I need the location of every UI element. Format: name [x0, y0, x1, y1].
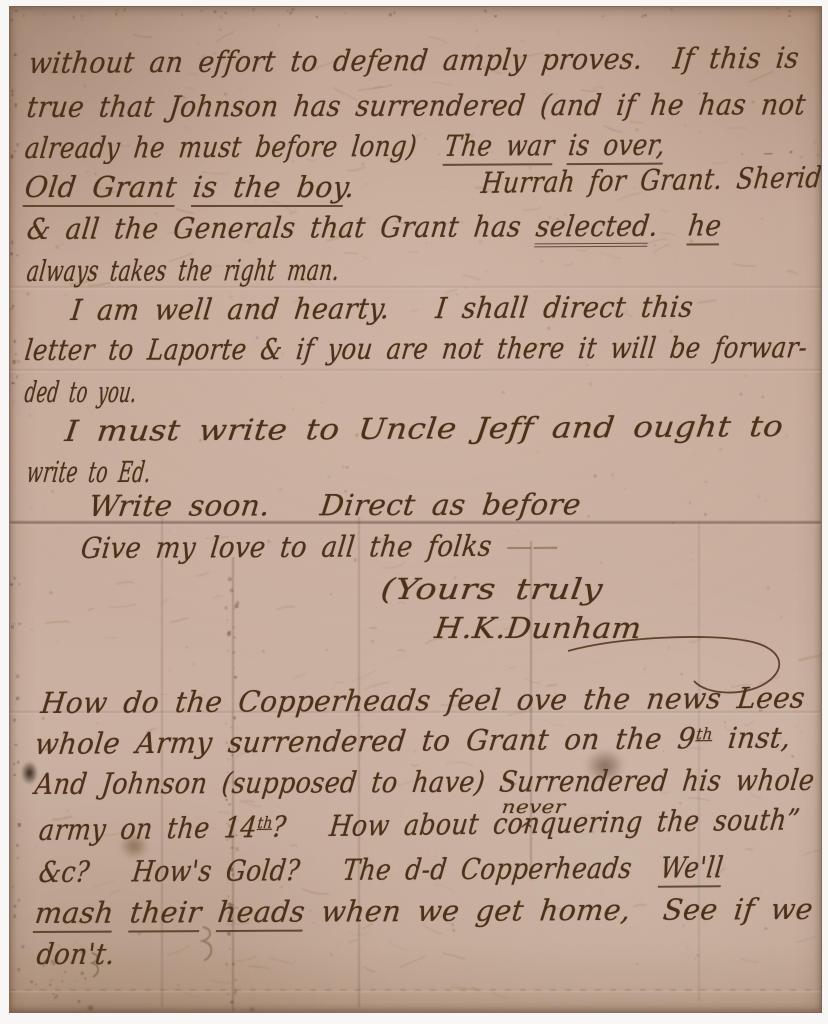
- letter-line: already he must before long) The war is …: [23, 129, 667, 166]
- letter-word-segment: already he must before long): [23, 129, 447, 165]
- letter-line: army on the 14th? How about conquering t…: [37, 803, 801, 847]
- letter-word-segment: .: [648, 209, 691, 243]
- letter-line: letter to Laporte & if you are not there…: [23, 331, 809, 367]
- letter-line: write to Ed.: [25, 456, 153, 489]
- letter-word-segment: their: [128, 895, 204, 932]
- letter-text: without an effort to defend amply proves…: [10, 7, 821, 1012]
- letter-word-segment: ? How about conquering the south”: [270, 802, 801, 843]
- letter-word-segment: whole Army surrendered to Grant on the 9: [33, 721, 697, 761]
- letter-word-segment: don't.: [35, 937, 117, 971]
- letter-line: whole Army surrendered to Grant on the 9…: [33, 721, 792, 761]
- letter-line: mash their heads when we get home, See i…: [33, 893, 815, 930]
- letter-line: don't.: [35, 938, 117, 971]
- letter-word-segment: Give my love to all the folks: [79, 529, 494, 565]
- letter-word-segment: letter to Laporte & if you are not there…: [23, 330, 809, 367]
- letter-word-segment: write to Ed.: [25, 455, 153, 489]
- letter-word-segment: is the boy: [191, 170, 348, 207]
- letter-word-segment: &c? How's Gold? The d-d Copperheads: [37, 851, 662, 889]
- letter-word-segment: mash: [33, 896, 116, 933]
- photo-background: without an effort to defend amply proves…: [0, 0, 828, 1024]
- letter-word-segment: without an effort to defend amply proves…: [27, 41, 801, 80]
- letter-word-segment: army on the 14: [37, 810, 259, 847]
- letter-line: I am well and hearty. I shall direct thi…: [69, 291, 695, 328]
- letter-word-segment: I am well and hearty. I shall direct thi…: [69, 290, 695, 327]
- letter-word-segment: heads: [216, 895, 308, 932]
- letter-word-segment: when we get home, See if we: [303, 892, 815, 929]
- letter-line: true that Johnson has surrendered (and i…: [25, 88, 808, 124]
- letter-word-segment: always takes the right man.: [25, 253, 342, 288]
- letter-line: &c? How's Gold? The d-d Copperheads We'l…: [37, 851, 725, 889]
- letter-word-segment: I must write to Uncle Jeff and ought to: [63, 409, 785, 448]
- signature-flourish-icon: [556, 623, 806, 715]
- letter-word-segment: ded to you.: [23, 375, 139, 409]
- letter-line: Old Grant is the boy.: [23, 171, 357, 204]
- letter-word-segment: true that Johnson has surrendered (and i…: [25, 87, 808, 124]
- letter-word-segment: he: [686, 208, 724, 245]
- letter-word-segment: selected: [534, 209, 652, 248]
- letter-line: always takes the right man.: [25, 254, 341, 288]
- letter-word-segment: And Johnson (supposed to have) Surrender…: [33, 763, 816, 801]
- letter-line: without an effort to defend amply proves…: [27, 42, 801, 81]
- letter-word-segment: Hurrah for Grant. Sheridan: [480, 160, 822, 201]
- letter-word-segment: & all the Generals that Grant has: [25, 209, 538, 246]
- letter-line: ded to you.: [23, 376, 139, 409]
- letter-line: & all the Generals that Grant has select…: [25, 209, 723, 246]
- letter-word-segment: inst,: [710, 720, 792, 755]
- letter-word-segment: Old Grant: [23, 170, 179, 207]
- letter-word-segment: We'll: [658, 850, 725, 887]
- letter-line: Write soon. Direct as before: [87, 488, 583, 523]
- letter-word-segment: (Yours truly: [379, 572, 605, 606]
- letter-line: And Johnson (supposed to have) Surrender…: [33, 764, 816, 801]
- letter-word-segment: is over,: [566, 128, 667, 166]
- letter-line: Hurrah for Grant. Sheridan: [479, 161, 822, 201]
- letter-paper: without an effort to defend amply proves…: [9, 6, 822, 1013]
- letter-word-segment: The war: [443, 128, 557, 166]
- letter-word-segment: ——: [490, 528, 561, 562]
- letter-line: (Yours truly: [379, 573, 605, 606]
- letter-word-segment: Write soon. Direct as before: [87, 487, 583, 523]
- letter-line: Give my love to all the folks ——: [79, 529, 561, 565]
- letter-line: I must write to Uncle Jeff and ought to: [63, 410, 785, 448]
